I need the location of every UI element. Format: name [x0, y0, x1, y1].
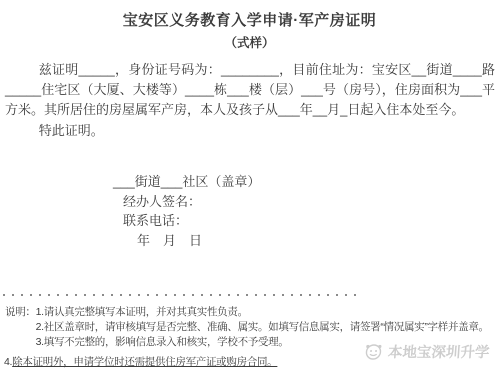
closing-line: 特此证明。 — [5, 121, 495, 141]
certificate-page: 宝安区义务教育入学申请·军产房证明 （式样） 兹证明_____，身份证号码为：_… — [0, 0, 499, 374]
signature-block: ___街道___社区（盖章） 经办人签名： 联系电话： 年 月 日 — [113, 172, 260, 250]
page-subtitle: （式样） — [0, 33, 499, 51]
page-title: 宝安区义务教育入学申请·军产房证明 — [0, 9, 499, 30]
watermark-text: 本地宝深圳升学 — [387, 341, 490, 362]
watermark: 本地宝深圳升学 — [363, 341, 490, 362]
date-line: 年 月 日 — [113, 231, 260, 251]
notes-label: 说明： — [5, 305, 36, 350]
certificate-paragraph: 兹证明_____，身份证号码为：________，目前住址为：宝安区__街道__… — [5, 60, 495, 120]
note-item-1: 1.请认真完整填写本证明，并对其真实性负责。 — [36, 305, 497, 320]
certificate-body: 兹证明_____，身份证号码为：________，目前住址为：宝安区__街道__… — [5, 60, 495, 141]
note-item-4: 4.除本证明外，申请学位时还需提供住房军产证或购房合同。 — [4, 354, 277, 369]
bendibao-logo-icon — [363, 342, 383, 361]
dotted-separator — [3, 293, 361, 296]
note-item-2: 2.社区盖章时，请审核填写是否完整、准确、属实。如填写信息属实，请签署“情况属实… — [36, 320, 497, 335]
street-community-stamp-line: ___街道___社区（盖章） — [113, 172, 260, 192]
note-item-4-text: 除本证明外，申请学位时还需提供住房军产证或购房合同。 — [12, 356, 277, 368]
contact-phone-line: 联系电话： — [113, 211, 260, 231]
note-item-4-prefix: 4. — [4, 356, 12, 368]
handler-signature-line: 经办人签名： — [113, 192, 260, 212]
